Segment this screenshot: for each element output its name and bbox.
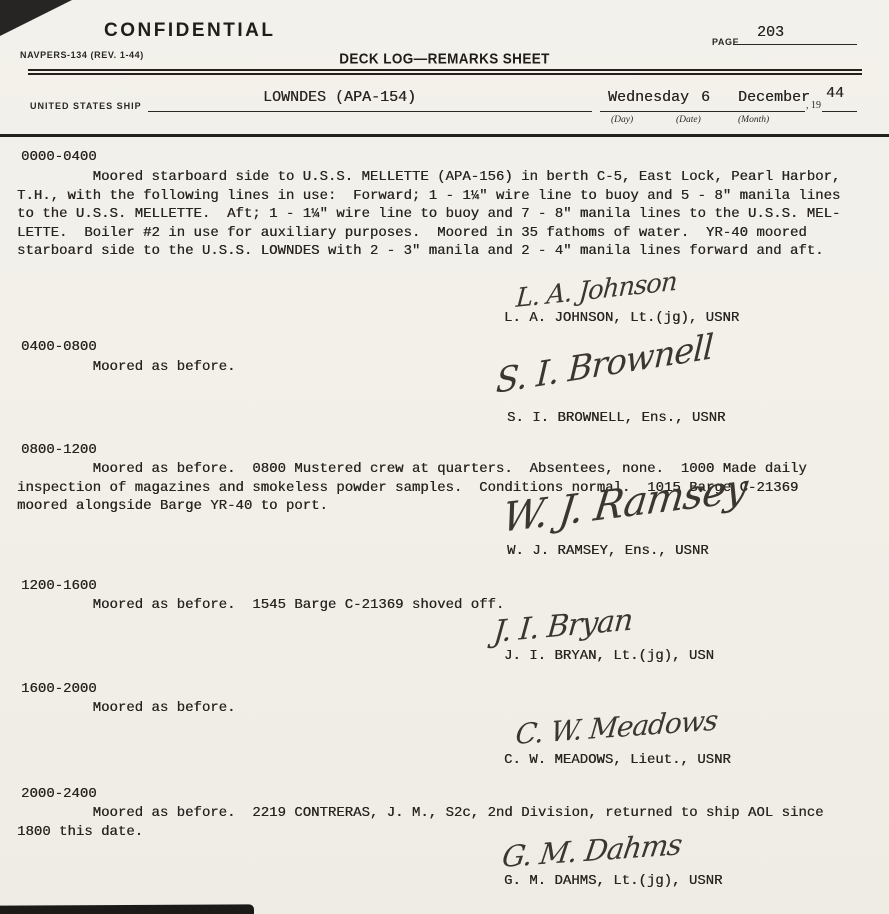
classification-stamp: CONFIDENTIAL [104,20,275,42]
entry-remarks: Moored as before. [17,358,235,377]
date-sublabel: (Date) [676,115,701,125]
entry-time-range: 0000-0400 [21,149,97,165]
entry-remarks: Moored as before. 2219 CONTRERAS, J. M.,… [17,804,824,841]
deck-log-remarks-sheet: CONFIDENTIAL PAGE 203 NAVPERS-134 (REV. … [0,0,889,914]
signature-handwriting: L. A. Johnson [515,267,678,314]
ship-name-underline [148,94,592,112]
signature-handwriting: J. I. Bryan [492,602,634,650]
scan-corner-artifact [0,0,72,36]
signature-typed-name: W. J. RAMSEY, Ens., USNR [507,543,709,559]
entry-remarks: Moored as before. 1545 Barge C-21369 sho… [17,596,504,615]
entry-remarks: Moored as before. [17,699,235,718]
ship-label: UNITED STATES SHIP [30,101,142,111]
signature-typed-name: J. I. BRYAN, Lt.(jg), USN [504,648,714,664]
page-number-underline [733,27,857,45]
date-month-value: December [738,89,810,106]
signature-typed-name: C. W. MEADOWS, Lieut., USNR [504,752,731,768]
year-underline [822,94,857,112]
entry-remarks: Moored starboard side to U.S.S. MELLETTE… [17,168,840,261]
header-double-rule [28,69,862,75]
signature-typed-name: L. A. JOHNSON, Lt.(jg), USNR [504,310,739,326]
form-title: DECK LOG—REMARKS SHEET [0,50,889,66]
month-sublabel: (Month) [738,115,769,125]
signature-typed-name: S. I. BROWNELL, Ens., USNR [507,410,725,426]
year-prefix-label: , 19 [806,100,821,111]
date-date-value: 6 [701,89,710,106]
signature-handwriting: S. I. Brownell [495,327,714,402]
signature-handwriting: C. W. Meadows [514,704,719,751]
entry-time-range: 2000-2400 [21,786,97,802]
scan-bottom-edge-artifact [0,904,254,914]
date-day-value: Wednesday [608,89,689,106]
entry-time-range: 0800-1200 [21,442,97,458]
entry-time-range: 1200-1600 [21,578,97,594]
day-sublabel: (Day) [611,115,633,125]
entry-time-range: 0400-0800 [21,339,97,355]
signature-typed-name: G. M. DAHMS, Lt.(jg), USNR [504,873,722,889]
header-thick-rule [0,134,889,137]
entry-time-range: 1600-2000 [21,681,97,697]
